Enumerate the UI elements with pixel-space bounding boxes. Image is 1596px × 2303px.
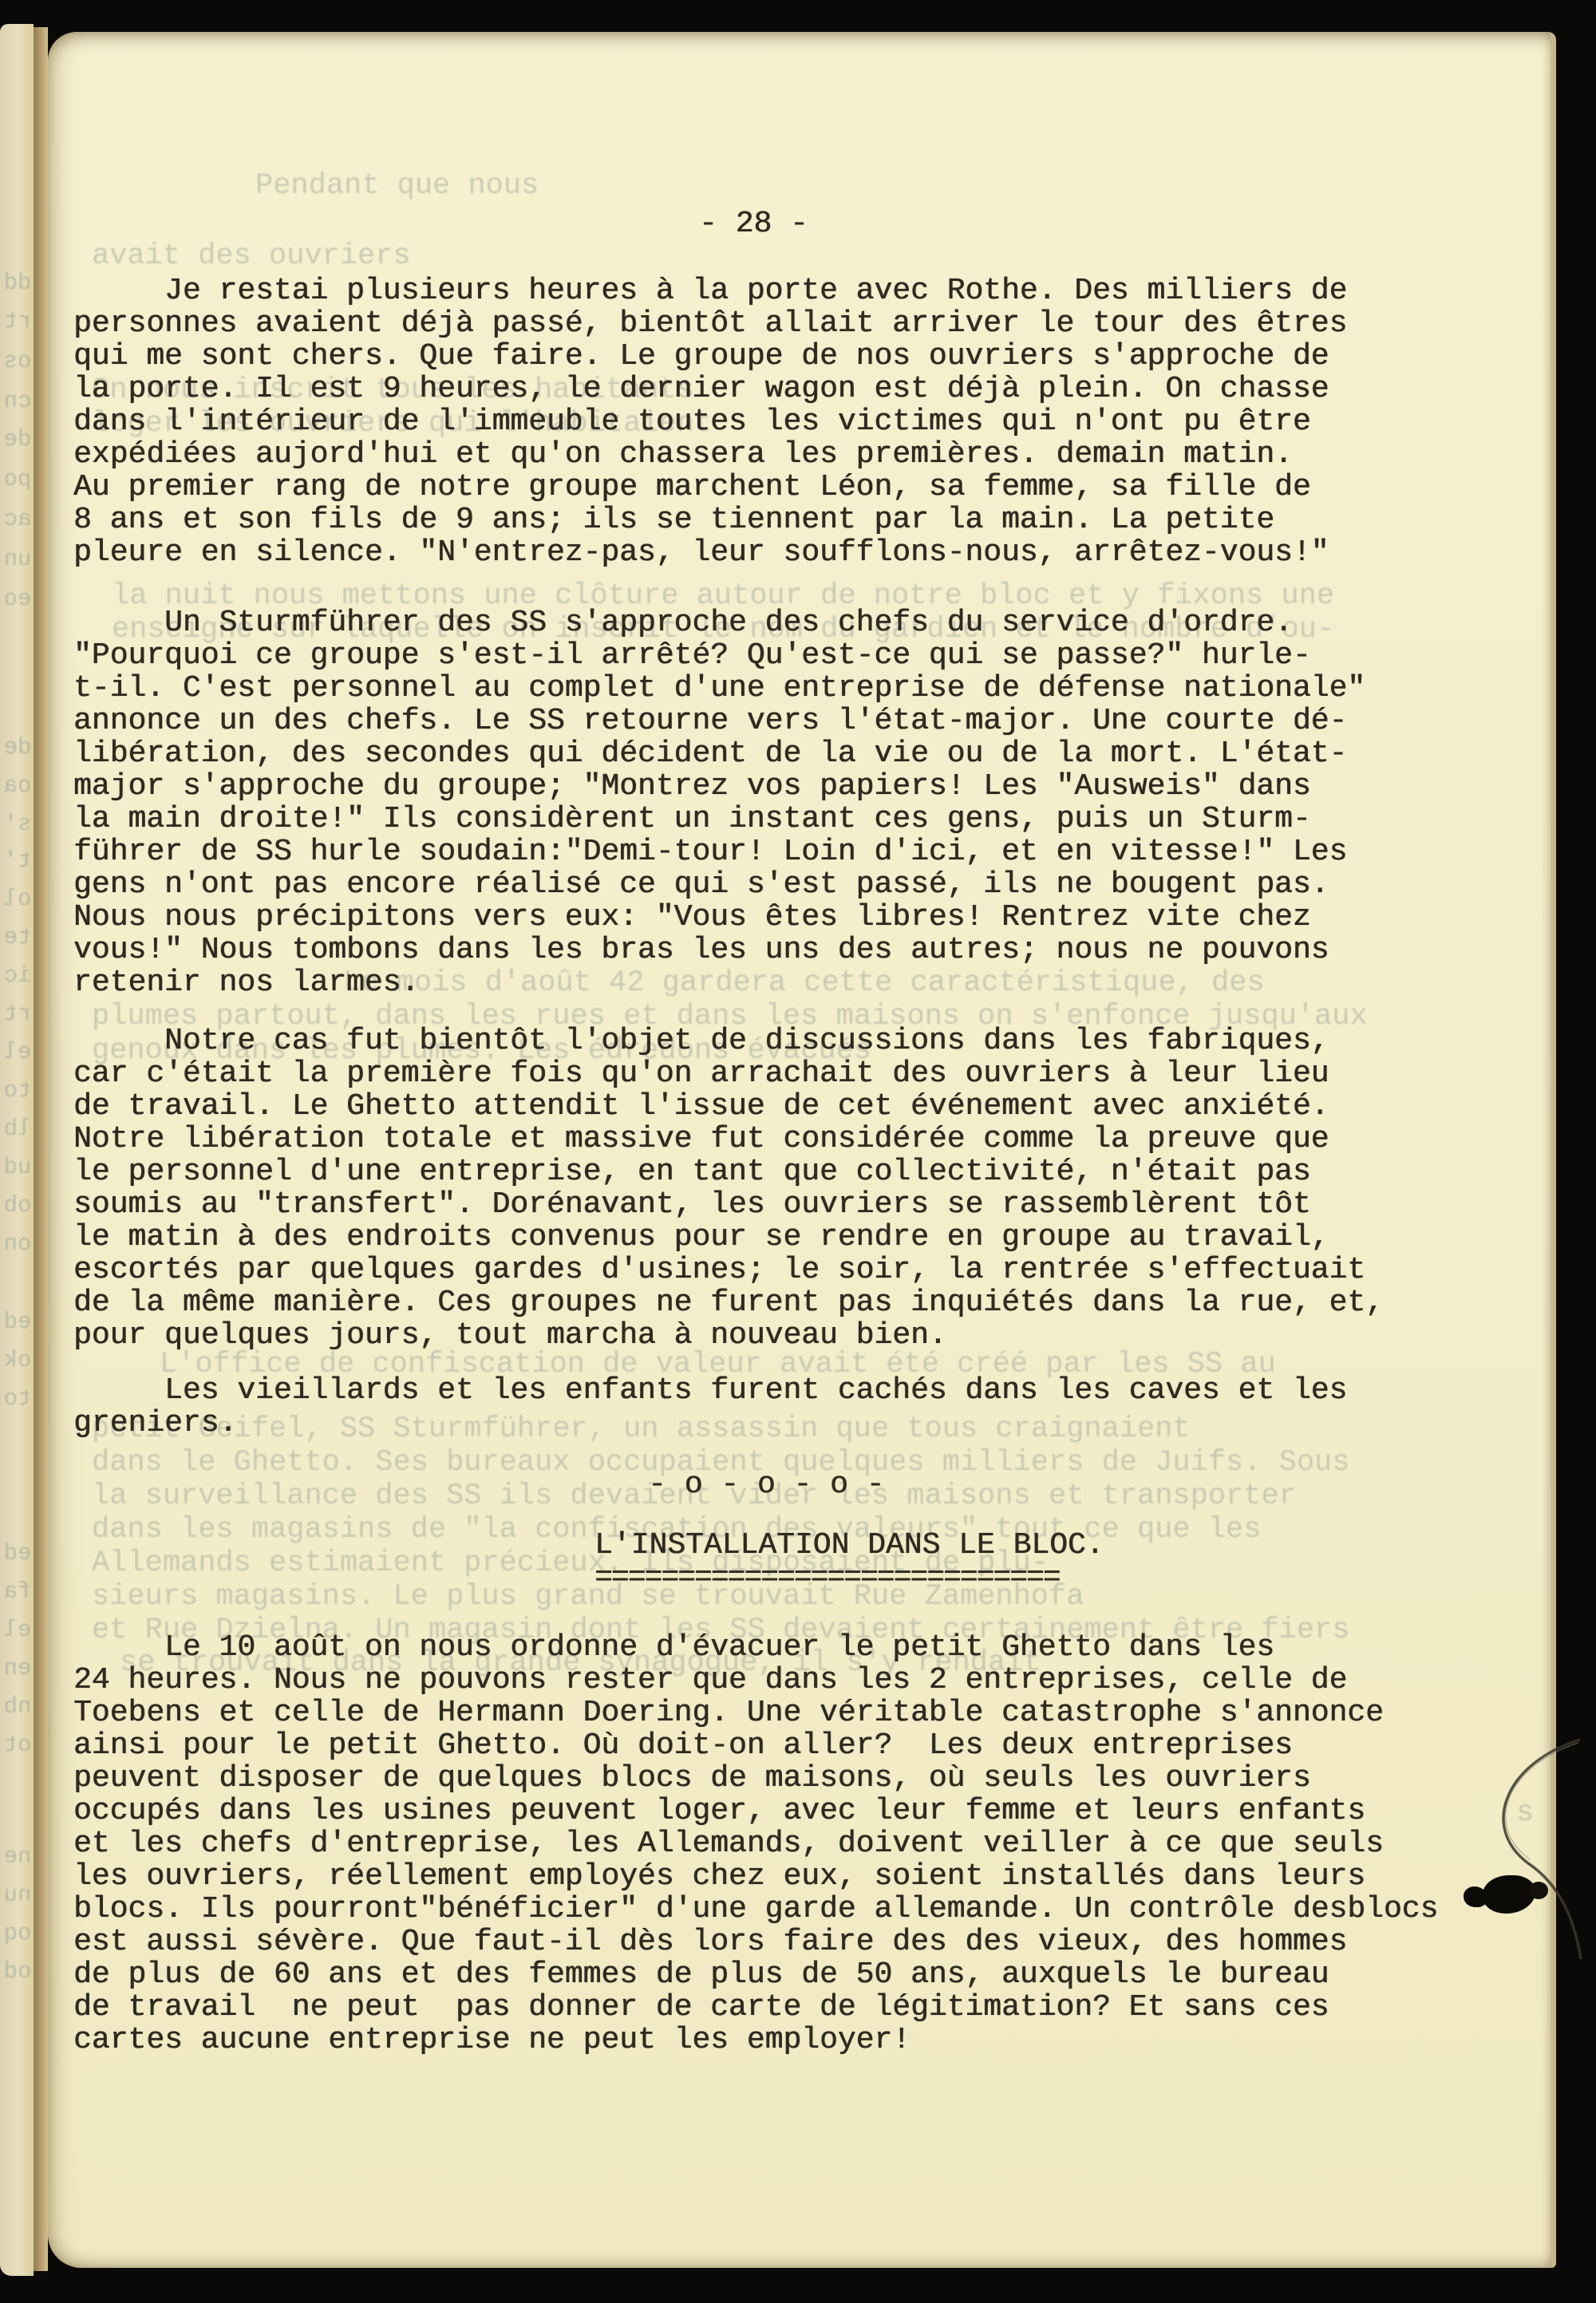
edge-fragment: ot [3,1732,32,1758]
edge-fragment: rt [3,1001,32,1027]
edge-fragment: od [3,1958,32,1985]
document-scan: Pendant que nousavait des ouvriersOn nou… [0,0,1596,2303]
paragraph-1: Je restai plusieurs heures à la porte av… [73,275,1347,569]
edge-fragment: nb [3,1693,32,1720]
edge-fragment: lb [3,1116,32,1142]
edge-fragment: el [3,1617,32,1643]
paragraph-3: Notre cas fut bientôt l'objet de discuss… [73,1025,1384,1352]
edge-fragment: ud [3,1154,32,1180]
bleedthrough-line: Pendant que nous [255,170,539,203]
page-number: - 28 - [699,207,808,240]
section-heading-underline: ============================ [595,1562,1060,1594]
edge-fragment: un [3,546,32,572]
edge-fragment: ed [3,1540,32,1566]
edge-fragment: fa [3,1578,32,1605]
edge-fragment: eo [3,586,32,612]
edge-fragment: s' [3,811,32,837]
edge-fragment: el [3,1039,32,1065]
edge-fragment: rt [3,308,32,334]
edge-fragment: ne [3,1843,32,1870]
edge-fragment: ol [3,886,32,912]
edge-fragment: ac [3,506,32,532]
edge-fragment: ic [3,962,32,989]
edge-fragment: ok [3,1347,32,1373]
edge-fragment: oq [3,1920,32,1946]
bleedthrough-line: avait des ouvriers [92,240,411,273]
edge-fragment: te [3,924,32,950]
section-heading: L'INSTALLATION DANS LE BLOC. [595,1529,1104,1562]
section-separator: - o - o - o - [648,1468,884,1501]
edge-fragment: nu [3,1882,32,1908]
paragraph-4: Les vieillards et les enfants furent cac… [73,1374,1347,1440]
edge-fragment: to [3,1385,32,1412]
edge-fragment: t' [3,847,32,874]
edge-fragment: cn [3,388,32,414]
edge-fragment: dd [3,270,32,296]
edge-fragment: de [3,426,32,452]
hair-mark [1432,1732,1596,1963]
edge-fragment: po [3,466,32,492]
edge-fragment: de [3,734,32,760]
paragraph-5: Le 10 août on nous ordonne d'évacuer le … [73,1631,1438,2056]
edge-fragment: os [3,348,32,374]
edge-fragment: ed [3,1309,32,1335]
edge-fragment: ob [3,1192,32,1219]
binding-gutter [34,27,48,2271]
edge-fragment: en [3,1655,32,1681]
paragraph-2: Un Sturmführer des SS s'approche des che… [73,606,1365,999]
edge-fragment: on [3,1231,32,1257]
edge-fragment: to [3,1077,32,1104]
edge-fragment: oa [3,772,32,799]
